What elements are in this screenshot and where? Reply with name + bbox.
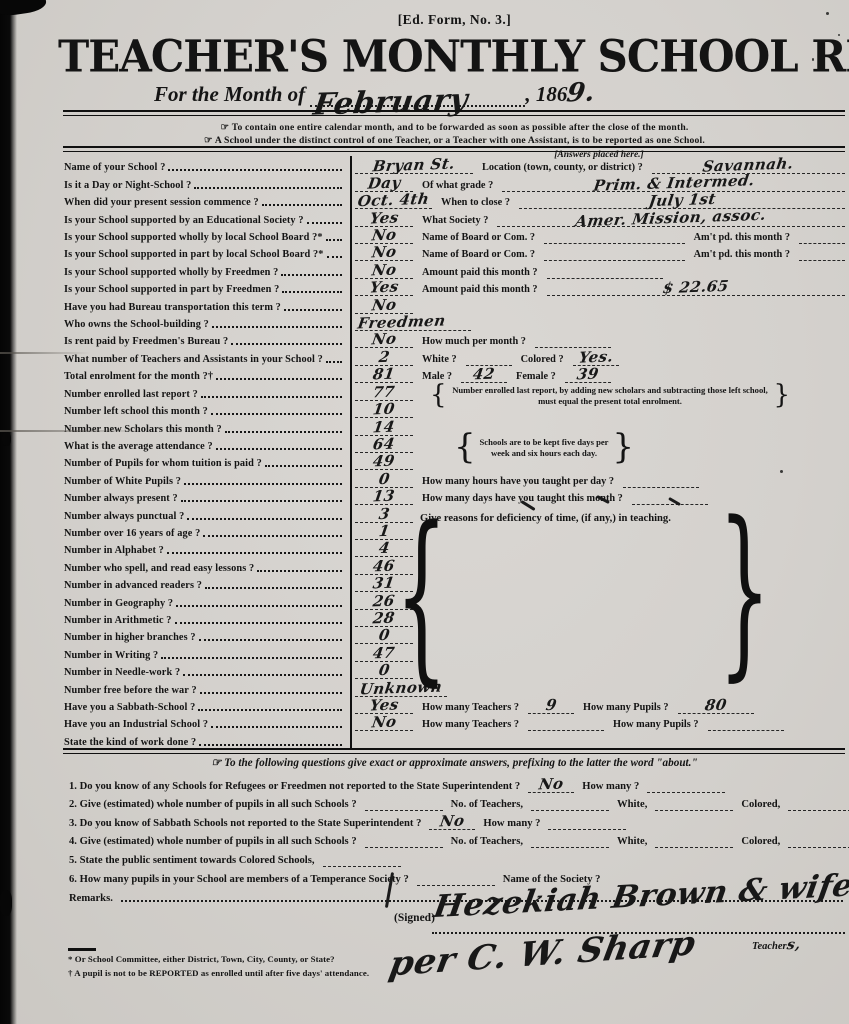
question-cell: Number in Writing ?: [64, 650, 346, 662]
sub-question-label: How many hours have you taught per day ?: [422, 476, 614, 488]
report-row: Is it a Day or Night-School ?DayOf what …: [64, 174, 845, 191]
answer-blank: 2: [355, 351, 413, 366]
handwritten-answer: 47: [372, 646, 396, 659]
scan-speck: [838, 34, 840, 36]
scanned-report-page: [Ed. Form, No. 3.] TEACHER'S MONTHLY SCH…: [0, 0, 849, 1024]
dotted-leader: [326, 361, 342, 363]
sub-answer-blank: Amer. Mission, assoc.: [497, 212, 845, 227]
handwritten-answer: 42: [472, 368, 496, 381]
month-label: For the Month of: [154, 82, 305, 106]
sub-answer-blank: July 1st: [519, 194, 845, 209]
question-cell: Have you an Industrial School ?: [64, 719, 346, 731]
question-label: Is rent paid by Freedmen's Bureau ?: [64, 336, 228, 348]
blank-line: [544, 260, 685, 261]
right-brace: }: [773, 390, 790, 401]
sub-question-label: Amount paid this month ?: [422, 284, 538, 296]
answer-cell: NoAmount paid this month ?: [346, 264, 845, 279]
answer-blank: No: [429, 815, 475, 830]
right-brace: }: [718, 498, 770, 683]
blank-line: [531, 800, 609, 811]
report-row: Is your School supported by an Education…: [64, 209, 845, 226]
instruction-note-1-text: To contain one entire calendar month, an…: [232, 122, 689, 133]
answer-blank: 0: [355, 473, 413, 488]
dotted-leader: [199, 639, 342, 641]
answer-cell: Freedmen: [346, 316, 845, 331]
sub-question-label: How many Teachers ?: [422, 719, 519, 731]
handwritten-answer: 64: [372, 438, 396, 451]
question-label: White,: [617, 799, 647, 811]
question-label: Is your School supported in part by Free…: [64, 284, 279, 296]
handwritten-answer: 10: [372, 403, 396, 416]
question-cell: Number of Pupils for whom tuition is pai…: [64, 458, 346, 470]
scan-blot: [0, 0, 47, 18]
blank-line: [647, 782, 725, 793]
sub-question-label: How much per month ?: [422, 336, 526, 348]
answer-blank: 10: [355, 403, 413, 418]
question-label: Name of your School ?: [64, 162, 165, 174]
instruction-note-2: ☞ A School under the distinct control of…: [64, 135, 845, 146]
question-label: 3. Do you know of Sabbath Schools not re…: [69, 818, 421, 830]
sub-answer-blank: Yes.: [573, 351, 619, 366]
blank-line: [547, 278, 663, 279]
answer-blank: Yes: [355, 281, 413, 296]
answer-blank: No: [528, 778, 574, 793]
report-row: Is your School supported in part by Free…: [64, 279, 845, 296]
report-row: Who owns the School-building ?Freedmen: [64, 314, 845, 331]
blank-line: [365, 837, 443, 848]
footnote-1: * Or School Committee, either District, …: [68, 954, 335, 964]
question-cell: Number in Arithmetic ?: [64, 615, 346, 627]
answer-cell: 14: [346, 421, 845, 436]
answer-cell: YesAmount paid this month ?$ 22.65: [346, 281, 845, 296]
dotted-leader: [216, 378, 342, 380]
footnote-2: † A pupil is not to be REPORTED as enrol…: [68, 968, 369, 978]
report-row: Total enrolment for the month ?†81Male ?…: [64, 366, 845, 383]
answer-blank: No: [355, 229, 413, 244]
handwritten-answer: 46: [372, 559, 396, 572]
blank-line: [323, 856, 401, 867]
right-brace: }: [612, 442, 634, 453]
handwritten-answer: Oct. 4th: [357, 193, 430, 207]
answer-blank: 49: [355, 455, 413, 470]
handwritten-answer: No: [371, 298, 397, 311]
question-cell: Is your School supported by an Education…: [64, 215, 346, 227]
pointing-hand-icon: ☞: [204, 135, 213, 146]
answer-blank: 77: [355, 386, 413, 401]
dotted-leader: [181, 500, 342, 502]
dotted-leader: [327, 256, 342, 258]
dotted-leader: [225, 431, 342, 433]
question-label: Number free before the war ?: [64, 685, 197, 697]
question-cell: Number always present ?: [64, 493, 346, 505]
question-label: Colored,: [741, 799, 780, 811]
question-label: Number enrolled last report ?: [64, 389, 198, 401]
handwritten-answer: 80: [704, 699, 728, 712]
blank-line: [623, 487, 699, 488]
handwritten-answer: Amer. Mission, assoc.: [575, 208, 767, 227]
sub-answer-blank: $ 22.65: [547, 281, 845, 296]
page-title: TEACHER'S MONTHLY SCHOOL REPORT: [58, 31, 849, 82]
sub-question-label: Name of Board or Com. ?: [422, 232, 535, 244]
handwritten-year-digit: 9.: [566, 87, 596, 100]
answer-blank: Day: [355, 177, 413, 192]
question-cell: Total enrolment for the month ?†: [64, 371, 346, 383]
dotted-leader: [194, 187, 342, 189]
month-blank: February: [310, 85, 525, 107]
sub-answer-blank: 9: [528, 699, 574, 714]
question-label: 5. State the public sentiment towards Co…: [69, 855, 315, 867]
double-rule: [63, 146, 845, 152]
question-label: How many ?: [483, 818, 540, 830]
bottom-question-row: 4. Give (estimated) whole number of pupi…: [69, 830, 843, 849]
question-cell: Number in Alphabet ?: [64, 545, 346, 557]
sub-question-label: Name of Board or Com. ?: [422, 249, 535, 261]
sub-answer-blank: 80: [678, 699, 754, 714]
schedule-note: { Schools are to be kept five days per w…: [454, 437, 634, 458]
question-label: No. of Teachers,: [451, 836, 523, 848]
sub-question-label: Of what grade ?: [422, 180, 493, 192]
dotted-leader: [167, 552, 342, 554]
question-label: Colored,: [741, 836, 780, 848]
blank-line: [365, 800, 443, 811]
question-label: Is it a Day or Night-School ?: [64, 180, 191, 192]
answer-blank: No: [355, 716, 413, 731]
answer-blank: Yes: [355, 212, 413, 227]
answer-blank: 81: [355, 368, 413, 383]
blank-line: [655, 800, 733, 811]
paper-crease: [0, 430, 150, 432]
question-label: When did your present session commence ?: [64, 197, 259, 209]
left-brace: {: [430, 390, 447, 401]
year-prefix: , 186: [525, 82, 567, 106]
teacher-label: Teachers,: [752, 939, 800, 952]
handwritten-answer: No: [371, 716, 397, 729]
blank-line: [799, 243, 845, 244]
dotted-leader: [307, 222, 342, 224]
report-row: Is your School supported wholly by local…: [64, 227, 845, 244]
question-cell: Is rent paid by Freedmen's Bureau ?: [64, 336, 346, 348]
signed-label: (Signed): [394, 912, 435, 924]
dotted-leader: [187, 518, 342, 520]
question-cell: Is your School supported wholly by local…: [64, 232, 346, 244]
question-label: Is your School supported by an Education…: [64, 215, 304, 227]
handwritten-answer: Day: [367, 176, 402, 189]
month-line: For the Month of February , 1869.: [154, 82, 845, 107]
blank-line: [544, 243, 685, 244]
enrolment-note: { Number enrolled last report, by adding…: [430, 385, 790, 406]
dotted-leader: [282, 291, 342, 293]
report-row: State the kind of work done ?: [64, 731, 845, 748]
handwritten-answer: July 1st: [648, 193, 717, 207]
question-label: No. of Teachers,: [451, 799, 523, 811]
question-cell: Number of White Pupils ?: [64, 476, 346, 488]
handwritten-answer: 9: [545, 699, 558, 711]
scan-speck: [780, 470, 783, 473]
handwritten-answer: 14: [372, 420, 396, 433]
dotted-leader: [161, 657, 342, 659]
question-cell: Is your School supported in part by Free…: [64, 284, 346, 296]
handwritten-answer: Yes.: [578, 350, 614, 363]
question-cell: Number enrolled last report ?: [64, 389, 346, 401]
blank-line: [799, 260, 845, 261]
blank-line: [548, 819, 626, 830]
dotted-leader: [212, 326, 342, 328]
sub-question-label: How many Pupils ?: [613, 719, 699, 731]
question-cell: Number who spell, and read easy lessons …: [64, 563, 346, 575]
question-label: Number always present ?: [64, 493, 178, 505]
form-content: [Ed. Form, No. 3.] TEACHER'S MONTHLY SCH…: [64, 0, 845, 1024]
handwritten-answer: 77: [372, 385, 396, 398]
dotted-leader: [175, 622, 342, 624]
dotted-leader: [184, 483, 342, 485]
scan-speck: [826, 12, 829, 15]
handwritten-answer: 4: [378, 542, 391, 554]
report-row: Is your School supported in part by loca…: [64, 244, 845, 261]
dotted-leader: [326, 239, 342, 241]
question-label: Number in Alphabet ?: [64, 545, 164, 557]
handwritten-answer: No: [371, 229, 397, 242]
enrolment-note-text: Number enrolled last report, by adding n…: [447, 385, 774, 406]
question-label: White,: [617, 836, 647, 848]
question-label: 4. Give (estimated) whole number of pupi…: [69, 836, 357, 848]
schedule-note-text: Schools are to be kept five days per wee…: [476, 437, 613, 458]
dotted-leader: [183, 674, 342, 676]
question-cell: Number in Needle-work ?: [64, 667, 346, 679]
report-row: Have you an Industrial School ?NoHow man…: [64, 714, 845, 731]
sub-question-label: Location (town, county, or district) ?: [482, 162, 643, 174]
double-rule: [63, 110, 845, 116]
question-label: Is your School supported wholly by local…: [64, 232, 323, 244]
handwritten-answer: Freedmen: [357, 315, 447, 330]
answer-blank: No: [355, 299, 413, 314]
question-label: What number of Teachers and Assistants i…: [64, 354, 323, 366]
question-cell: Is your School supported wholly by Freed…: [64, 267, 346, 279]
question-label: Have you a Sabbath-School ?: [64, 702, 195, 714]
left-brace: {: [395, 503, 447, 688]
question-label: Number over 16 years of age ?: [64, 528, 200, 540]
answer-cell: 2White ?Colored ?Yes.: [346, 351, 845, 366]
blank-line: [788, 837, 849, 848]
handwritten-answer: No: [371, 333, 397, 346]
handwritten-answer: 0: [378, 629, 391, 641]
handwritten-answer: 2: [378, 351, 391, 363]
report-row: Have you a Sabbath-School ?YesHow many T…: [64, 697, 845, 714]
dotted-leader: [281, 274, 342, 276]
question-cell: Is it a Day or Night-School ?: [64, 180, 346, 192]
handwritten-answer: 28: [372, 612, 396, 625]
sub-question-label: How many Teachers ?: [422, 702, 519, 714]
sub-question-label: Am't pd. this month ?: [694, 249, 790, 261]
question-cell: What is the average attendance ?: [64, 441, 346, 453]
question-label: Number in Needle-work ?: [64, 667, 180, 679]
pointing-hand-icon: ☞: [220, 122, 229, 133]
question-label: 1. Do you know of any Schools for Refuge…: [69, 781, 520, 793]
question-cell: Have you a Sabbath-School ?: [64, 702, 346, 714]
sub-answer-blank: Prim. & Intermed.: [502, 177, 845, 192]
handwritten-answer: 0: [378, 664, 391, 676]
scan-blot: [0, 890, 12, 916]
handwritten-answer: No: [371, 263, 397, 276]
blank-line: [531, 837, 609, 848]
footnote-divider: [68, 948, 96, 951]
question-label: Number left school this month ?: [64, 406, 208, 418]
question-label: Who owns the School-building ?: [64, 319, 209, 331]
answer-blank: No: [355, 246, 413, 261]
answer-cell: NoName of Board or Com. ?Am't pd. this m…: [346, 229, 845, 244]
handwritten-answer: Yes: [369, 281, 399, 294]
question-label: Number in advanced readers ?: [64, 580, 202, 592]
bottom-question-row: 5. State the public sentiment towards Co…: [69, 848, 843, 867]
bottom-question-row: 1. Do you know of any Schools for Refuge…: [69, 774, 843, 793]
bottom-question-row: 3. Do you know of Sabbath Schools not re…: [69, 811, 843, 830]
scan-speck: [812, 58, 814, 61]
handwritten-answer: Prim. & Intermed.: [592, 174, 755, 192]
deficiency-note: Give reasons for deficiency of time, (if…: [420, 513, 720, 524]
report-row: Is rent paid by Freedmen's Bureau ?NoHow…: [64, 331, 845, 348]
dotted-leader: [262, 204, 342, 206]
column-divider: [350, 156, 352, 749]
blank-line: [788, 800, 849, 811]
handwritten-answer: No: [371, 246, 397, 259]
question-label: Have you had Bureau transportation this …: [64, 302, 281, 314]
dotted-leader: [265, 465, 342, 467]
teacher-label-print: Teacher: [752, 941, 787, 952]
handwritten-answer: No: [439, 814, 465, 827]
answer-cell: 81Male ?42Female ?39: [346, 368, 845, 383]
handwritten-answer: 81: [372, 368, 396, 381]
dotted-leader: [203, 535, 342, 537]
answer-blank: No: [355, 333, 413, 348]
dotted-leader: [168, 169, 342, 171]
handwritten-answer: Yes: [369, 211, 399, 224]
bottom-instruction: ☞ To the following questions give exact …: [64, 756, 845, 769]
dotted-leader: [198, 709, 342, 711]
dotted-leader: [211, 726, 342, 728]
sub-question-label: White ?: [422, 354, 457, 366]
answer-cell: NoName of Board or Com. ?Am't pd. this m…: [346, 246, 845, 261]
handwritten-answer: Bryan St.: [372, 158, 456, 173]
scan-blot: [2, 432, 11, 446]
form-number: [Ed. Form, No. 3.]: [64, 12, 845, 28]
question-label: 2. Give (estimated) whole number of pupi…: [69, 799, 357, 811]
dotted-leader: [205, 587, 342, 589]
handwritten-answer: 31: [372, 577, 396, 590]
blank-line: [417, 875, 495, 886]
signature-countersign: per C. W. Sharp: [389, 938, 696, 971]
question-label: Number who spell, and read easy lessons …: [64, 563, 254, 575]
report-row: Have you had Bureau transportation this …: [64, 296, 845, 313]
answer-blank: Oct. 4th: [355, 194, 432, 209]
question-cell: Number always punctual ?: [64, 511, 346, 523]
question-cell: Number in advanced readers ?: [64, 580, 346, 592]
question-label: Number in Writing ?: [64, 650, 158, 662]
question-cell: When did your present session commence ?: [64, 197, 346, 209]
question-label: Number of White Pupils ?: [64, 476, 181, 488]
blank-line: [708, 730, 784, 731]
question-label: Number always punctual ?: [64, 511, 184, 523]
bottom-instruction-text: To the following questions give exact or…: [224, 757, 698, 769]
question-label: Number in Geography ?: [64, 598, 173, 610]
answer-blank: Freedmen: [355, 316, 471, 331]
handwritten-answer: 3: [378, 507, 391, 519]
answer-cell: NoHow much per month ?: [346, 333, 845, 348]
sub-question-label: Female ?: [516, 371, 556, 383]
pointing-hand-icon: ☞: [211, 757, 221, 769]
handwritten-answer: 39: [576, 368, 600, 381]
question-label: Number in higher branches ?: [64, 632, 196, 644]
sub-question-label: Am't pd. this month ?: [694, 232, 790, 244]
instruction-note-1: ☞ To contain one entire calendar month, …: [64, 122, 845, 133]
sub-question-label: What Society ?: [422, 215, 488, 227]
dotted-leader: [216, 448, 342, 450]
scan-edge: [0, 0, 17, 1024]
sub-answer-blank: 42: [461, 368, 507, 383]
double-rule: [63, 748, 845, 754]
handwritten-answer: No: [538, 777, 564, 790]
question-label: What is the average attendance ?: [64, 441, 213, 453]
question-label: Is your School supported in part by loca…: [64, 249, 324, 261]
blank-line: [528, 730, 604, 731]
blank-line: [655, 837, 733, 848]
handwritten-answer: 1: [378, 525, 391, 537]
dotted-leader: [211, 413, 342, 415]
bottom-question-row: 2. Give (estimated) whole number of pupi…: [69, 793, 843, 812]
dotted-leader: [176, 605, 342, 607]
dotted-leader: [284, 309, 342, 311]
question-label: Have you an Industrial School ?: [64, 719, 208, 731]
instruction-note-2-text: A School under the distinct control of o…: [215, 135, 705, 146]
handwritten-answer: 26: [372, 594, 396, 607]
question-label: Is your School supported wholly by Freed…: [64, 267, 278, 279]
left-brace: {: [454, 442, 476, 453]
sub-question-label: Colored ?: [521, 354, 564, 366]
answer-cell: NoHow many Teachers ?How many Pupils ?: [346, 716, 845, 731]
teacher-label-suffix: s,: [786, 939, 801, 951]
dotted-leader: [199, 744, 342, 746]
answer-cell: YesWhat Society ?Amer. Mission, assoc.: [346, 212, 845, 227]
question-label: How many ?: [582, 781, 639, 793]
sub-question-label: When to close ?: [441, 197, 510, 209]
paper-crease: [0, 352, 90, 354]
answer-blank: No: [355, 264, 413, 279]
question-cell: What number of Teachers and Assistants i…: [64, 354, 346, 366]
blank-line: [632, 504, 708, 505]
handwritten-answer: $ 22.65: [662, 280, 729, 294]
dotted-leader: [231, 343, 342, 345]
dotted-leader: [201, 396, 342, 398]
question-cell: Is your School supported in part by loca…: [64, 249, 346, 261]
answer-cell: Oct. 4thWhen to close ?July 1st: [346, 194, 845, 209]
question-cell: Number in Geography ?: [64, 598, 346, 610]
remarks-label: Remarks.: [69, 893, 113, 905]
question-cell: Name of your School ?: [64, 162, 346, 174]
dotted-leader: [257, 570, 342, 572]
bottom-questions: 1. Do you know of any Schools for Refuge…: [69, 774, 843, 886]
question-label: Number in Arithmetic ?: [64, 615, 172, 627]
question-cell: Who owns the School-building ?: [64, 319, 346, 331]
sub-answer-blank: 39: [565, 368, 611, 383]
question-cell: Number left school this month ?: [64, 406, 346, 418]
question-cell: Number in higher branches ?: [64, 632, 346, 644]
sub-question-label: How many Pupils ?: [583, 702, 669, 714]
answer-cell: Bryan St.Location (town, county, or dist…: [346, 159, 845, 174]
dotted-leader: [200, 692, 342, 694]
question-cell: Number free before the war ?: [64, 685, 346, 697]
question-cell: Have you had Bureau transportation this …: [64, 302, 346, 314]
answer-blank: Bryan St.: [355, 159, 473, 174]
question-label: State the kind of work done ?: [64, 737, 196, 749]
handwritten-answer: 49: [372, 455, 396, 468]
